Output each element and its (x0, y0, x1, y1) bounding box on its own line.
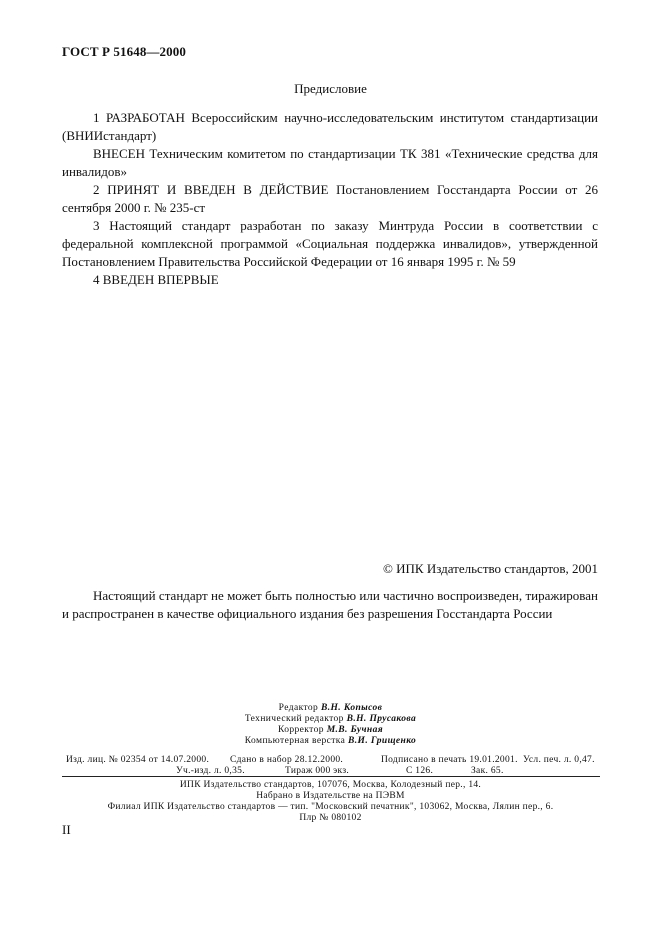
credit-technical-editor: Технический редактор В.Н. Прусакова (0, 714, 661, 725)
license-info: Изд. лиц. № 02354 от 14.07.2000. (66, 755, 209, 765)
printing-branch: Филиал ИПК Издательство стандартов — тип… (0, 802, 661, 813)
section-title: Предисловие (0, 81, 661, 97)
typeset-date: Сдано в набор 28.12.2000. (230, 755, 343, 765)
paragraph-first-introduced: 4 ВВЕДЕН ВПЕРВЫЕ (62, 271, 598, 289)
printer-block: ИПК Издательство стандартов, 107076, Мос… (0, 780, 661, 824)
paragraph-introduced-by: ВНЕСЕН Техническим комитетом по стандарт… (62, 145, 598, 181)
credit-proofreader: Корректор М.В. Бучная (0, 725, 661, 736)
conventional-sheets: Усл. печ. л. 0,47. (523, 755, 595, 765)
order-number: Зак. 65. (471, 766, 504, 776)
divider-rule (62, 776, 600, 777)
s-number: С 126. (406, 766, 433, 776)
paragraph-adopted: 2 ПРИНЯТ И ВВЕДЕН В ДЕЙСТВИЕ Постановлен… (62, 181, 598, 217)
license-number: Плр № 080102 (0, 813, 661, 824)
publisher-address: ИПК Издательство стандартов, 107076, Мос… (0, 780, 661, 791)
print-signed-date: Подписано в печать 19.01.2001. (381, 755, 518, 765)
paragraph-commissioned: 3 Настоящий стандарт разработан по заказ… (62, 217, 598, 271)
reproduction-notice: Настоящий стандарт не может быть полност… (62, 587, 598, 623)
credit-editor: Редактор В.Н. Копысов (0, 703, 661, 714)
credits-block: Редактор В.Н. Копысов Технический редакт… (0, 703, 661, 747)
credit-layout: Компьютерная верстка В.И. Грищенко (0, 736, 661, 747)
print-run: Тираж 000 экз. (285, 766, 349, 776)
publishing-sheets: Уч.-изд. л. 0,35. (176, 766, 245, 776)
page-number: II (62, 822, 71, 838)
paragraph-developed-by: 1 РАЗРАБОТАН Всероссийским научно-исслед… (62, 109, 598, 145)
copyright-line: © ИПК Издательство стандартов, 2001 (383, 561, 598, 577)
typeset-note: Набрано в Издательстве на ПЭВМ (0, 791, 661, 802)
document-code: ГОСТ Р 51648—2000 (62, 44, 186, 60)
